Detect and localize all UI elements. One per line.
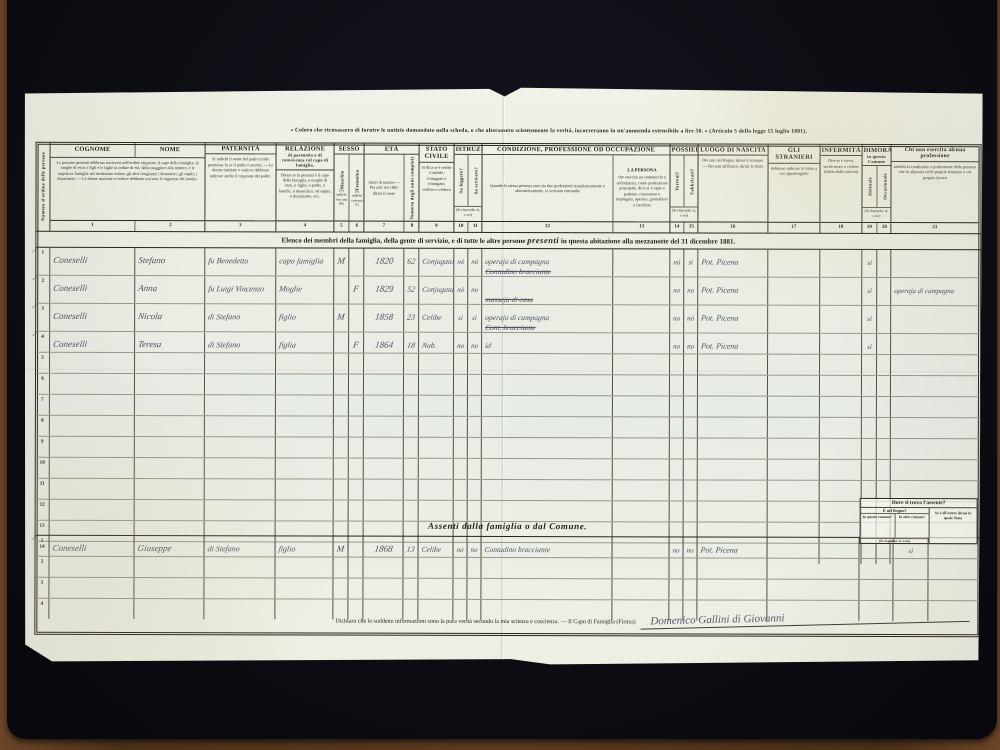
cell-relazione xyxy=(275,578,333,598)
cell-luogo-nascita xyxy=(697,580,767,600)
column-header-luogo-nascita: LUOGO DI NASCITA Dei nati nel Regno, dir… xyxy=(698,145,768,233)
cell-infermita xyxy=(820,397,862,417)
cell-sa-leggere xyxy=(453,558,467,578)
cell-sa-scrivere: sì xyxy=(468,305,482,332)
table-row: 3 xyxy=(35,578,979,601)
cell-stato-civile: Celibe xyxy=(419,305,454,332)
cell-femmina: F xyxy=(349,333,364,353)
cell-numero: 10 xyxy=(36,458,50,478)
table-row: ∕2 Coneselli Anna fu Luigi Vincenzo Mogl… xyxy=(36,276,980,306)
cell-chi-non-esercita xyxy=(891,397,978,417)
cell-paternita: di Stefano xyxy=(205,304,276,331)
cell-relazione xyxy=(276,479,334,499)
cell-anni-compiuti xyxy=(404,396,419,416)
cell-stranieri xyxy=(768,418,820,438)
cell-sa-scrivere xyxy=(468,459,482,479)
cell-dimora-occasionale xyxy=(877,355,891,375)
cell-chi-non-esercita xyxy=(891,250,978,277)
sa-leggere-label: Sa leggere? xyxy=(458,168,463,194)
cell-infermita xyxy=(820,355,862,375)
cell-anni-compiuti xyxy=(404,459,419,479)
cell-chi-non-esercita xyxy=(891,418,978,438)
cell-sa-scrivere: nò xyxy=(468,249,482,276)
cell-sa-leggere: nò xyxy=(454,277,468,304)
cell-altro-comune xyxy=(893,559,928,579)
cell-questo-comune xyxy=(859,559,893,579)
cell-sa-leggere xyxy=(453,579,467,599)
cell-maschio xyxy=(334,354,349,374)
cell-fabbricati: no xyxy=(684,277,698,304)
cell-nome xyxy=(135,374,205,394)
cell-anni-compiuti xyxy=(404,417,419,437)
cell-la-persona xyxy=(612,558,669,578)
cell-anno-nascita xyxy=(364,396,404,416)
cell-numero: ∕1 xyxy=(36,536,50,556)
cell-la-persona xyxy=(613,417,670,437)
table-row: 7 xyxy=(36,395,980,418)
cell-terreni: no xyxy=(670,537,684,557)
cell-stato-civile xyxy=(418,600,453,620)
cell-infermita xyxy=(820,306,862,333)
cell-paternita: fu Benedetto xyxy=(205,248,276,275)
assenti-section: Assenti dalla famiglia o dal Comune. Dov… xyxy=(35,508,979,606)
cell-numero: ∕4 xyxy=(36,332,50,352)
cell-nome xyxy=(134,557,204,577)
cell-anno-nascita: 1864 xyxy=(364,333,404,353)
cell-la-persona xyxy=(613,333,670,353)
cell-stato-civile xyxy=(419,375,454,395)
cell-fabbricati xyxy=(684,396,698,416)
cell-la-persona xyxy=(613,480,670,500)
cell-maschio xyxy=(334,438,349,458)
cell-anni-compiuti xyxy=(403,579,418,599)
cell-paternita xyxy=(205,437,276,457)
cell-condizione xyxy=(482,459,613,479)
cell-condizione: operajo di campagnaContadino bracciante xyxy=(482,249,613,276)
cell-condizione xyxy=(482,354,613,374)
cell-paternita: di Stefano xyxy=(205,332,276,352)
cell-sa-leggere xyxy=(454,417,468,437)
column-header-istruzione: ISTRUZIONE Sa leggere? Sa scrivere? (Si … xyxy=(454,144,482,232)
form-frame: Numero d'ordine delle persone COGNOME NO… xyxy=(34,142,981,637)
cell-femmina xyxy=(349,417,364,437)
cell-anni-compiuti xyxy=(403,600,418,620)
column-header-stranieri: GLI STRANIERI debbono indicare lo Stato … xyxy=(768,145,820,233)
cell-maschio: M xyxy=(334,249,349,276)
cell-condizione xyxy=(482,438,613,458)
cell-sa-leggere xyxy=(454,438,468,458)
cell-paternita: di Stefano xyxy=(205,536,276,556)
cell-anni-compiuti xyxy=(403,558,418,578)
cell-nome: Anna xyxy=(135,276,205,303)
cell-infermita xyxy=(820,481,862,501)
cell-femmina xyxy=(349,305,364,332)
cell-sa-leggere: no xyxy=(454,333,468,353)
cell-stato-civile xyxy=(418,558,453,578)
cell-sa-scrivere xyxy=(468,417,482,437)
cell-terreni xyxy=(669,579,683,599)
cell-sa-scrivere: no xyxy=(468,537,482,557)
cell-luogo-nascita: Pot. Picena xyxy=(698,538,768,558)
cell-femmina xyxy=(349,537,364,557)
cell-relazione xyxy=(276,458,334,478)
cell-sa-scrivere xyxy=(468,396,482,416)
cell-fabbricati xyxy=(684,354,698,374)
cell-la-persona xyxy=(613,438,670,458)
cell-paternita xyxy=(205,353,276,373)
cell-dimora-occasionale xyxy=(877,418,891,438)
cell-relazione: figlio xyxy=(276,304,334,331)
absent-box-title: Dove si trova l'assente? xyxy=(861,499,977,508)
cell-altro-comune xyxy=(893,580,928,600)
column-header-relazione: RELAZIONEdi parentela o di convivenza co… xyxy=(276,143,334,231)
cell-stato-civile: Conjugata xyxy=(419,277,454,304)
cell-femmina xyxy=(349,375,364,395)
cell-empty-gap xyxy=(768,538,860,558)
cell-relazione xyxy=(275,557,333,577)
cell-infermita xyxy=(820,376,862,396)
cell-stato-civile xyxy=(419,417,454,437)
cell-femmina xyxy=(349,459,364,479)
cell-cognome xyxy=(50,374,135,394)
cell-stato-civile xyxy=(418,579,453,599)
cell-anni-compiuti xyxy=(404,354,419,374)
cell-relazione xyxy=(276,416,334,436)
cell-anni-compiuti xyxy=(404,375,419,395)
cell-stranieri xyxy=(768,460,820,480)
cell-maschio xyxy=(334,480,349,500)
cell-dimora-abituale xyxy=(862,376,877,396)
maschio-label: Maschio xyxy=(339,170,344,189)
cell-maschio xyxy=(334,333,349,353)
cell-relazione: Moglie xyxy=(276,276,334,303)
cell-maschio xyxy=(333,579,348,599)
altro-comune-label: In altro comune? xyxy=(895,514,929,538)
cell-luogo-nascita xyxy=(698,481,768,501)
cell-nome xyxy=(134,578,204,598)
cell-la-persona xyxy=(613,249,670,276)
column-header-infermita: INFERMITÀ Dire se è cieco, sordo-muto o … xyxy=(820,145,862,233)
cell-sa-scrivere: no xyxy=(468,277,482,304)
cell-anni-compiuti: 18 xyxy=(404,333,419,353)
cell-chi-non-esercita xyxy=(891,460,978,480)
cell-la-persona xyxy=(613,305,670,332)
cell-dimora-abituale xyxy=(862,439,877,459)
cell-cognome: Coneselli xyxy=(50,248,135,275)
cell-nome: Giuseppe xyxy=(135,536,205,556)
table-row: 8 xyxy=(36,416,980,439)
numero-label: Numero d'ordine delle persone xyxy=(40,152,45,221)
cell-sa-scrivere xyxy=(467,600,481,620)
cell-nome xyxy=(135,437,205,457)
cell-questo-comune xyxy=(860,538,894,558)
cell-numero: 5 xyxy=(36,353,50,373)
cell-maschio xyxy=(334,277,349,304)
cell-infermita xyxy=(820,439,862,459)
cell-questo-comune xyxy=(859,580,893,600)
cell-terreni xyxy=(670,375,684,395)
cell-paternita xyxy=(205,374,276,394)
cell-terreni: nò xyxy=(670,249,684,276)
cell-sa-leggere xyxy=(454,375,468,395)
cell-nome xyxy=(135,458,205,478)
cell-fabbricati xyxy=(684,438,698,458)
table-row: ∕3 Coneselli Nicola di Stefano figlio M … xyxy=(36,304,980,334)
column-header-cognome-nome: COGNOME NOME Le persone presenti debbono… xyxy=(50,143,205,231)
cell-stranieri xyxy=(768,355,820,375)
column-header-condizione: CONDIZIONE, PROFESSIONE OD OCCUPAZIONE Q… xyxy=(482,144,670,232)
cell-stranieri xyxy=(768,376,820,396)
sheet-content: « Coloro che ricusassero di fornire le n… xyxy=(23,85,983,668)
cell-sa-leggere: nò xyxy=(454,249,468,276)
cell-cognome: Coneselli xyxy=(50,536,135,556)
cell-stato-civile xyxy=(419,396,454,416)
cell-sa-leggere xyxy=(454,396,468,416)
cell-fabbricati: sì xyxy=(684,249,698,276)
cell-chi-non-esercita xyxy=(891,334,978,354)
cell-anno-nascita xyxy=(364,459,404,479)
cell-luogo-nascita xyxy=(698,397,768,417)
cell-nome: Stefano xyxy=(135,248,205,275)
cell-altro-comune: sì xyxy=(894,538,929,558)
cell-paternita xyxy=(205,395,276,415)
cell-fabbricati xyxy=(684,375,698,395)
cell-anni-compiuti: 13 xyxy=(404,537,419,557)
cell-terreni xyxy=(670,417,684,437)
cell-terreni: no xyxy=(670,305,684,332)
cell-sa-scrivere xyxy=(467,558,481,578)
cell-condizione xyxy=(482,375,613,395)
photo-background: « Coloro che ricusassero di fornire le n… xyxy=(0,0,1000,750)
femmina-label: Femmina xyxy=(354,169,359,190)
cell-relazione: figlio xyxy=(276,536,334,556)
cell-la-persona xyxy=(613,459,670,479)
cell-anno-nascita xyxy=(364,375,404,395)
cell-infermita xyxy=(820,418,862,438)
cell-stato-civile xyxy=(419,459,454,479)
cell-relazione xyxy=(275,599,333,619)
table-row: ∕1 Coneselli Giuseppe di Stefano figlio … xyxy=(36,536,980,559)
cell-dimora-occasionale xyxy=(877,460,891,480)
cell-cognome xyxy=(50,395,135,415)
cell-condizione xyxy=(481,600,612,620)
cell-la-persona xyxy=(612,579,669,599)
cell-cognome: Coneselli xyxy=(50,332,135,352)
cell-nome xyxy=(134,599,204,619)
cell-stranieri xyxy=(768,481,820,501)
anno-nascita-note: Anno di nascita — Pei nati nel 1881 dira… xyxy=(364,178,403,198)
cell-cognome xyxy=(49,578,134,598)
table-row: 2 xyxy=(35,557,979,580)
cell-dimora-abituale: sì xyxy=(862,250,877,277)
cell-dimora-occasionale xyxy=(877,306,891,333)
cell-dimora-abituale: sì xyxy=(862,334,877,354)
questo-comune-label: In questo comune? xyxy=(861,514,896,538)
cell-nome xyxy=(135,416,205,436)
table-row: 9 xyxy=(36,437,980,460)
cell-la-persona xyxy=(613,375,670,395)
cell-luogo-nascita xyxy=(697,559,767,579)
cell-nome xyxy=(135,353,205,373)
cell-dimora-occasionale xyxy=(877,439,891,459)
table-header: Numero d'ordine delle persone COGNOME NO… xyxy=(36,143,980,234)
cell-la-persona xyxy=(613,396,670,416)
cell-fabbricati xyxy=(684,417,698,437)
cell-condizione xyxy=(482,417,613,437)
cell-numero: 8 xyxy=(36,416,50,436)
cell-dimora-occasionale xyxy=(877,376,891,396)
cell-femmina xyxy=(349,438,364,458)
anni-compiuti-label: Numero degli anni compiuti xyxy=(409,157,414,220)
cell-numero: 4 xyxy=(35,599,49,619)
cell-cognome xyxy=(49,599,134,619)
cell-luogo-nascita xyxy=(698,460,768,480)
cell-stranieri xyxy=(768,334,820,354)
cell-infermita xyxy=(820,278,862,305)
cell-paternita xyxy=(205,416,276,436)
cell-terreni xyxy=(669,558,683,578)
cell-condizione xyxy=(481,558,612,578)
cell-condizione: operajo di campagnaCont. bracciante xyxy=(482,305,613,332)
cell-luogo-nascita: Pot. Picena xyxy=(698,250,768,277)
cell-paternita xyxy=(204,599,275,619)
column-header-possiede: POSSIEDE Terreni? Fabbricati? (Si rispon… xyxy=(670,144,698,232)
cell-infermita xyxy=(820,460,862,480)
cell-dimora-occasionale xyxy=(877,250,891,277)
cell-nome xyxy=(135,395,205,415)
cell-fabbricati: no xyxy=(684,537,698,557)
abituale-label: Abituale xyxy=(867,177,872,196)
cell-condizione xyxy=(481,579,612,599)
cell-anni-compiuti xyxy=(404,438,419,458)
cell-paternita xyxy=(204,557,275,577)
cell-condizione xyxy=(482,480,613,500)
cell-femmina xyxy=(349,354,364,374)
cell-anni-compiuti: 52 xyxy=(404,277,419,304)
cell-numero: 11 xyxy=(36,479,50,499)
terreni-label: Terreni? xyxy=(674,171,679,190)
cell-femmina xyxy=(348,558,363,578)
cell-stato-civile: Conjugato xyxy=(419,249,454,276)
cell-relazione xyxy=(276,374,334,394)
cell-sa-leggere: sì xyxy=(454,305,468,332)
cell-stranieri xyxy=(768,250,820,277)
cell-sa-scrivere xyxy=(468,375,482,395)
cognome-nome-note: Le persone presenti debbono iscriversi n… xyxy=(51,158,205,184)
cell-dimora-abituale xyxy=(862,397,877,417)
cell-cognome xyxy=(50,479,135,499)
cell-la-persona xyxy=(613,354,670,374)
cell-stato-civile xyxy=(419,480,454,500)
cell-estero xyxy=(928,559,977,579)
cell-condizione: massaja di casa xyxy=(482,277,613,304)
cell-femmina xyxy=(349,480,364,500)
cell-dimora-occasionale xyxy=(877,397,891,417)
cell-luogo-nascita: Pot. Picena xyxy=(698,334,768,354)
cell-infermita xyxy=(820,250,862,277)
cell-cognome xyxy=(50,353,135,373)
cell-condizione xyxy=(482,396,613,416)
cell-stato-civile xyxy=(419,354,454,374)
table-row: 5 xyxy=(36,353,980,376)
cell-femmina xyxy=(349,396,364,416)
cell-cognome xyxy=(50,437,135,457)
cell-dimora-occasionale xyxy=(877,278,891,305)
cell-relazione xyxy=(276,353,334,373)
cell-fabbricati: nò xyxy=(684,305,698,332)
cell-anno-nascita: 1829 xyxy=(364,277,404,304)
cell-dimora-abituale: sì xyxy=(862,278,877,305)
cell-sa-scrivere xyxy=(468,480,482,500)
table-row: ∕4 Coneselli Teresa di Stefano figlia F … xyxy=(36,332,980,355)
cell-relazione: capo famiglia xyxy=(276,248,334,275)
cell-numero: ∕3 xyxy=(36,304,50,331)
cell-condizione: Contadino bracciante xyxy=(482,537,613,557)
census-sheet: « Coloro che ricusassero di fornire le n… xyxy=(23,85,983,668)
cell-femmina xyxy=(349,249,364,276)
cell-paternita xyxy=(204,578,275,598)
column-header-chi-non-esercita: Chi non esercita alcuna professione indi… xyxy=(891,145,978,233)
cell-nome: Teresa xyxy=(135,332,205,352)
cell-anni-compiuti: 62 xyxy=(404,249,419,276)
fabbricati-label: Fabbricati? xyxy=(689,168,694,194)
cell-numero: ∕2 xyxy=(36,276,50,303)
cell-empty-gap xyxy=(767,580,859,600)
assenti-title: Assenti dalla famiglia o dal Comune. xyxy=(36,508,980,537)
cell-anno-nascita: 1858 xyxy=(364,305,404,332)
cell-dimora-abituale xyxy=(862,418,877,438)
cell-cognome xyxy=(49,557,134,577)
cell-cognome xyxy=(50,458,135,478)
cell-stranieri xyxy=(768,397,820,417)
column-header-dimora: DIMORAin questo Comune Abituale Occasion… xyxy=(862,145,891,233)
cell-sa-scrivere: no xyxy=(468,333,482,353)
cell-numero: 6 xyxy=(36,374,50,394)
cell-terreni xyxy=(670,480,684,500)
column-header-eta: ETÀ Anno di nascita — Pei nati nel 1881 … xyxy=(364,144,419,232)
cell-condizione: id xyxy=(482,333,613,353)
absent-rows-table: ∕1 Coneselli Giuseppe di Stefano figlio … xyxy=(35,535,979,606)
cell-estero xyxy=(929,538,978,558)
occasionale-label: Occasionale xyxy=(882,173,887,200)
cell-maschio: M xyxy=(334,537,349,557)
cell-anno-nascita xyxy=(364,480,404,500)
cell-maschio xyxy=(334,459,349,479)
cell-relazione xyxy=(276,437,334,457)
cell-dimora-abituale xyxy=(862,355,877,375)
cell-luogo-nascita xyxy=(698,439,768,459)
cell-terreni: no xyxy=(670,277,684,304)
cell-chi-non-esercita xyxy=(891,355,978,375)
cell-anni-compiuti: 23 xyxy=(404,305,419,332)
cell-maschio xyxy=(333,600,348,620)
cell-luogo-nascita xyxy=(698,418,768,438)
cell-sa-leggere xyxy=(454,354,468,374)
cognome-title: COGNOME xyxy=(51,143,136,157)
cell-anno-nascita xyxy=(364,354,404,374)
cell-stato-civile: Celibe xyxy=(419,537,454,557)
cell-relazione: figlia xyxy=(276,332,334,352)
cell-terreni xyxy=(670,396,684,416)
column-header-stato-civile: STATO CIVILE Si dica se è celibe o nubil… xyxy=(419,144,454,232)
cell-luogo-nascita xyxy=(698,355,768,375)
cell-femmina xyxy=(348,579,363,599)
cell-luogo-nascita: Pot. Picena xyxy=(698,278,768,305)
table-row: 11 xyxy=(36,479,980,502)
cell-numero: 2 xyxy=(35,557,49,577)
cell-maschio xyxy=(333,558,348,578)
cell-stranieri xyxy=(768,278,820,305)
